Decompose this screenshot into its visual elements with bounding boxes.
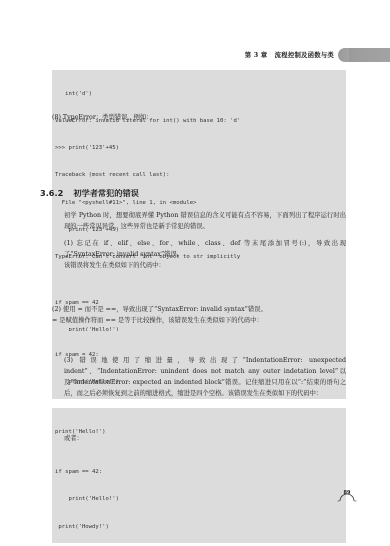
- section-title: 初学者常犯的错误: [73, 188, 139, 198]
- code-line: print('Hello!'): [55, 495, 343, 504]
- intro-text: 初学 Python 时，想要彻底弄懂 Python 错误信息的含义可能有点不容易…: [52, 210, 346, 232]
- code-line: Traceback (most recent call last):: [55, 171, 343, 180]
- item-3-indentation: (3) 错误地使用了缩进量，导致出现了“IndentationError: un…: [52, 355, 346, 399]
- item-3-text: (3) 错误地使用了缩进量，导致出现了“IndentationError: un…: [52, 355, 346, 399]
- item-8-type-error: (8) TypeError：类型错误，例如：: [52, 112, 346, 123]
- or-label: 或者：: [64, 433, 358, 444]
- item-1-missing-colon: (1) 忘记在 if、elif、else、for、while、class、def…: [52, 238, 346, 271]
- item-2-follow: = 是赋值操作符而 == 是等于比较操作，该错误发生在类似如下的代码中：: [52, 315, 346, 326]
- chapter-title: 流程控制及函数与类: [275, 51, 334, 59]
- section-heading: 3.6.2初学者常犯的错误: [40, 188, 139, 199]
- code-block-indent-2: if spam == 42: print('Hello!') print('Ho…: [52, 448, 346, 543]
- chapter-number: 第 3 章: [245, 51, 268, 59]
- page-number-badge: 89: [337, 487, 357, 499]
- code-line: if spam == 42:: [55, 468, 343, 477]
- intro-paragraph: 初学 Python 时，想要彻底弄懂 Python 错误信息的含义可能有点不容易…: [52, 210, 346, 232]
- section-number: 3.6.2: [40, 188, 63, 198]
- code-line: print('Howdy!'): [55, 523, 343, 532]
- item-1-text: (1) 忘记在 if、elif、else、for、while、class、def…: [52, 238, 346, 260]
- item-2-assignment-operator: (2) 使用 = 而不是 ==，导致出现了“SyntaxError: inval…: [52, 304, 346, 326]
- running-header: 第 3 章 流程控制及函数与类: [0, 48, 390, 64]
- item-1-follow: 该错误将发生在类似如下的代码中：: [52, 260, 346, 271]
- code-line: >>> print('123'+45): [55, 144, 343, 153]
- code-line: int('d'): [55, 90, 343, 99]
- header-tab-decoration: [338, 48, 390, 62]
- code-line: File "<pyshell#11>", line 1, in <module>: [55, 199, 343, 208]
- chapter-heading: 第 3 章 流程控制及函数与类: [245, 50, 334, 59]
- page-number: 89: [337, 490, 357, 496]
- item-2-text: (2) 使用 = 而不是 ==，导致出现了“SyntaxError: inval…: [52, 304, 346, 315]
